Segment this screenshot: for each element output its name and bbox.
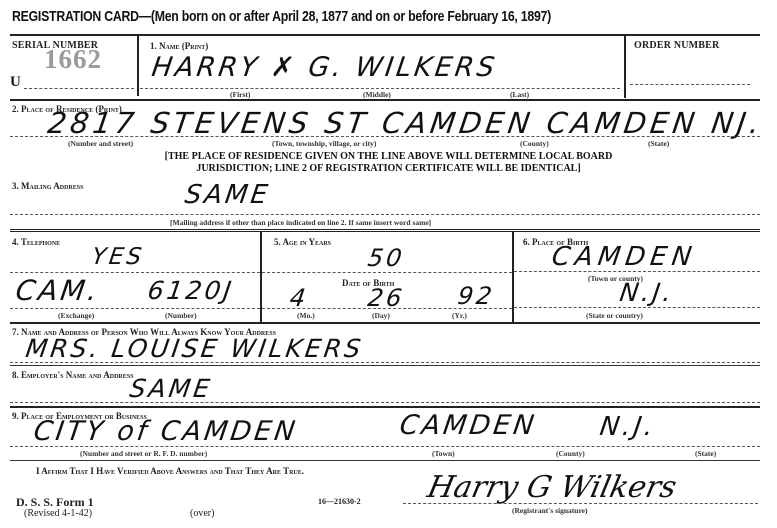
employer-value[interactable]: SAME (128, 374, 214, 403)
form-revision: (Revised 4-1-42) (24, 508, 92, 519)
telephone-line1 (10, 272, 260, 273)
employment-town[interactable]: CAMDEN (398, 410, 539, 441)
signature-sub: (Registrant's signature) (512, 506, 587, 515)
residence-line (10, 136, 760, 137)
mailing-address-label: 3. Mailing Address (12, 181, 83, 191)
name-value[interactable]: HARRY ✗ G. WILKERS (150, 52, 499, 83)
telephone-sub-number: (Number) (165, 311, 197, 320)
dob-line (262, 308, 512, 309)
title-rule (10, 34, 760, 36)
order-number-line[interactable] (630, 84, 750, 85)
employer-label: 8. Employer's Name and Address (12, 370, 133, 380)
residence-notice-line1: [THE PLACE OF RESIDENCE GIVEN ON THE LIN… (0, 151, 777, 162)
dob-sub-day: (Day) (372, 311, 390, 320)
serial-divider (137, 36, 139, 96)
employer-line (10, 402, 760, 403)
affirmation-text: I Affirm That I Have Verified Above Answ… (36, 466, 304, 476)
mailing-line (10, 214, 760, 215)
row1-rule (10, 99, 760, 101)
signature-line (403, 503, 758, 504)
name-sub-middle: (Middle) (363, 90, 391, 99)
row9-rule (10, 460, 760, 461)
row7-rule (10, 365, 760, 366)
contact-value[interactable]: MRS. LOUISE WILKERS (24, 334, 365, 363)
row4-rule (10, 322, 760, 324)
residence-sub-state: (State) (648, 139, 669, 148)
employment-sub-town: (Town) (432, 449, 455, 458)
telephone-label: 4. Telephone (12, 237, 60, 247)
age-line (262, 272, 512, 273)
row3-rule (10, 229, 760, 232)
residence-value[interactable]: 2817 STEVENS ST CAMDEN CAMDEN NJ. (46, 106, 766, 140)
residence-sub-county: (County) (520, 139, 549, 148)
employment-line (10, 446, 760, 447)
birthplace-town[interactable]: CAMDEN (550, 242, 698, 272)
mailing-address-value[interactable]: SAME (183, 180, 272, 210)
birthplace-line1 (514, 271, 760, 272)
employment-sub-street: (Number and street or R. F. D. number) (80, 449, 207, 458)
mailing-note: [Mailing address if other than place ind… (170, 218, 431, 227)
name-sub-first: (First) (230, 90, 250, 99)
age-value[interactable]: 50 (366, 244, 406, 272)
telephone-number[interactable]: 6120J (146, 276, 236, 305)
dob-year[interactable]: 92 (456, 282, 496, 310)
birthplace-sub-state: (State or country) (586, 311, 643, 320)
over-note: (over) (190, 508, 214, 519)
name-sub-last: (Last) (510, 90, 529, 99)
birthplace-divider (512, 232, 514, 322)
order-divider (624, 36, 626, 98)
residence-sub-town: (Town, township, village, or city) (272, 139, 376, 148)
employment-state[interactable]: N.J. (598, 412, 658, 442)
telephone-line2 (10, 308, 260, 309)
contact-line (10, 362, 760, 363)
telephone-value[interactable]: YES (90, 244, 146, 270)
registrant-signature[interactable]: Harry G Wilkers (424, 470, 679, 505)
residence-notice-line2: JURISDICTION; LINE 2 OF REGISTRATION CER… (0, 163, 777, 174)
name-line (140, 88, 620, 89)
employment-sub-county: (County) (556, 449, 585, 458)
serial-prefix: U (10, 74, 21, 91)
serial-line (24, 88, 134, 89)
serial-number-stamp: 1662 (44, 44, 102, 75)
telephone-sub-exchange: (Exchange) (58, 311, 94, 320)
dob-sub-year: (Yr.) (452, 311, 467, 320)
card-title: REGISTRATION CARD—(Men born on or after … (12, 8, 551, 25)
employment-sub-state: (State) (695, 449, 716, 458)
order-number-label: ORDER NUMBER (634, 40, 719, 51)
dob-sub-month: (Mo.) (297, 311, 315, 320)
birthplace-state[interactable]: N.J. (618, 278, 676, 307)
employment-street[interactable]: CITY of CAMDEN (32, 416, 300, 447)
print-code: 16—21630-2 (318, 497, 361, 506)
telephone-exchange[interactable]: CAM. (14, 274, 102, 307)
residence-sub-street: (Number and street) (68, 139, 133, 148)
birthplace-line2 (514, 307, 760, 308)
row8-rule (10, 406, 760, 408)
name-label: 1. Name (Print) (150, 41, 208, 51)
age-label: 5. Age in Years (274, 237, 331, 247)
